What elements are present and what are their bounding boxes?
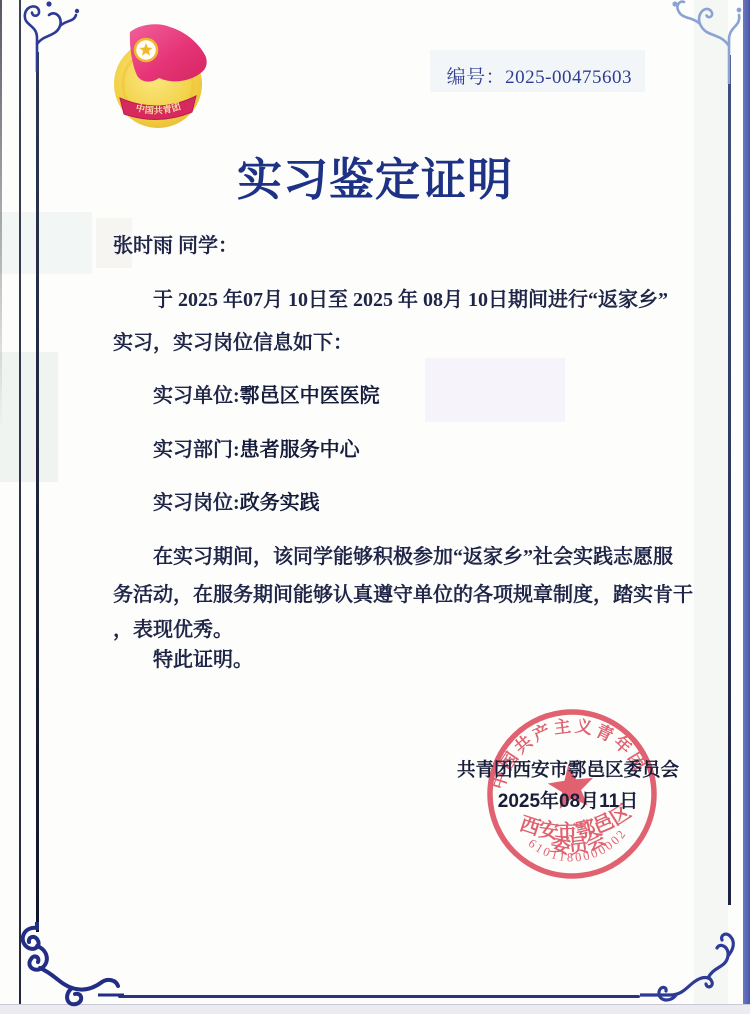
field-department-label: 实习部门: — [153, 439, 240, 461]
intro-line-2: 实习，实习岗位信息如下： — [113, 328, 653, 358]
issuer-name: 共青团西安市鄠邑区委员会 — [418, 757, 718, 783]
certificate-page: 中国共青团 编号：2025-00475603 实习鉴定证明 张时雨 同学： 于 … — [0, 0, 750, 1014]
field-department-value: 患者服务中心 — [240, 439, 360, 461]
corner-flourish-top-left-icon — [16, 0, 80, 72]
signature-block: 共青团西安市鄠邑区委员会 2025年08月11日 — [418, 757, 718, 815]
appraisal-line-2: 务活动，在服务期间能够认真遵守单位的各项规章制度，踏实肯干 — [113, 580, 653, 610]
field-position-value: 政务实践 — [240, 492, 320, 514]
field-unit-label: 实习单位: — [153, 385, 240, 407]
certificate-body: 张时雨 同学： 于 2025 年07月 10日至 2025 年 08月 10日期… — [113, 231, 653, 675]
field-position-label: 实习岗位: — [153, 492, 240, 514]
corner-flourish-bottom-left-icon — [14, 922, 124, 1012]
corner-flourish-top-right-icon — [648, 0, 744, 84]
intro-line-1: 于 2025 年07月 10日至 2025 年 08月 10日期间进行“返家乡” — [113, 285, 653, 315]
border-line-bottom — [118, 995, 640, 998]
field-unit-value: 鄠邑区中医医院 — [240, 385, 380, 407]
page-edge-shadow — [0, 0, 2, 430]
scan-artifact — [0, 212, 92, 274]
recipient-line: 张时雨 同学： — [113, 231, 653, 261]
issue-date: 2025年08月11日 — [418, 789, 718, 815]
closing-line: 特此证明。 — [113, 645, 653, 675]
field-unit: 实习单位:鄠邑区中医医院 — [113, 381, 653, 411]
appraisal-line-1: 在实习期间，该同学能够积极参加“返家乡”社会实践志愿服 — [113, 542, 653, 572]
field-department: 实习部门:患者服务中心 — [113, 435, 653, 465]
appraisal-line-3: ，表现优秀。 — [113, 615, 653, 645]
serial-number: 编号：2025-00475603 — [447, 62, 632, 89]
certificate-title: 实习鉴定证明 — [0, 143, 750, 208]
corner-flourish-bottom-right-icon — [640, 928, 744, 1008]
field-position: 实习岗位:政务实践 — [113, 488, 653, 518]
youth-league-badge-icon: 中国共青团 — [108, 22, 214, 130]
scan-artifact — [0, 352, 58, 482]
